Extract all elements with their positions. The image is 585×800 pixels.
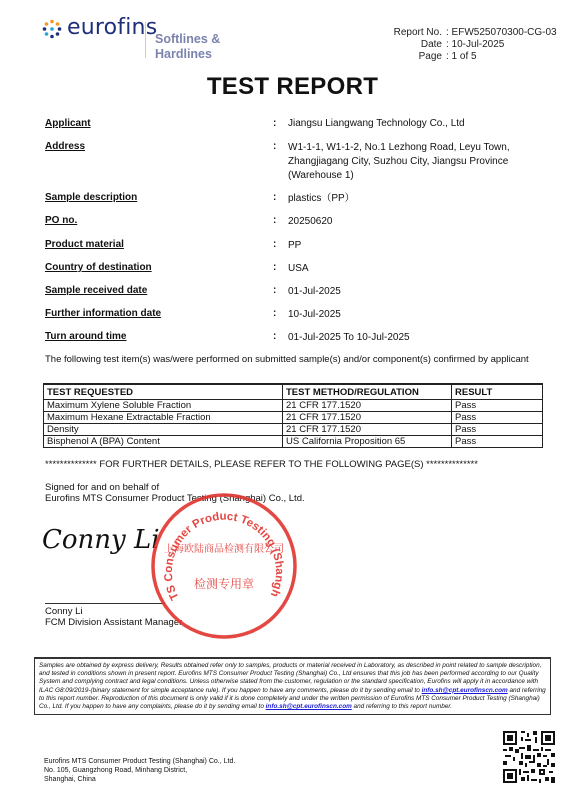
- handwritten-signature: Conny Li: [42, 525, 160, 555]
- column-header-result: RESULT: [452, 384, 543, 400]
- product-material-label: Product material: [45, 239, 124, 250]
- test-method: 21 CFR 177.1520: [283, 400, 452, 412]
- po-no-label: PO no.: [45, 215, 77, 226]
- contact-email-link[interactable]: info.sh@cpt.eurofinscn.com: [422, 687, 508, 694]
- date-value: : 10-Jul-2025: [446, 39, 557, 51]
- test-method: US California Proposition 65: [283, 436, 452, 448]
- report-meta-values: : EFW525070300-CG-03 : 10-Jul-2025 : 1 o…: [446, 27, 557, 63]
- stamp-center-text: 检测专用章: [194, 576, 254, 591]
- column-header-test-requested: TEST REQUESTED: [44, 384, 283, 400]
- po-no-value: 20250620: [288, 215, 333, 229]
- test-name: Bisphenol A (BPA) Content: [44, 436, 283, 448]
- colon: :: [273, 262, 276, 273]
- signature-line: [45, 603, 165, 604]
- report-no-label: Report No.: [380, 27, 442, 39]
- stamp-inner-text: 上海欧陆商品检测有限公司: [164, 542, 284, 555]
- country-of-destination-label: Country of destination: [45, 262, 152, 273]
- test-items-intro: The following test item(s) was/were perf…: [45, 354, 529, 365]
- test-name: Maximum Hexane Extractable Fraction: [44, 412, 283, 424]
- qr-code-icon[interactable]: [503, 731, 555, 783]
- address-value: W1-1-1, W1-1-2, No.1 Lezhong Road, Leyu …: [288, 141, 510, 183]
- company-seal-stamp: Eurofins MTS Consumer Product Testing (S…: [150, 492, 298, 640]
- table-row: Maximum Hexane Extractable Fraction 21 C…: [44, 412, 543, 424]
- colon: :: [273, 192, 276, 203]
- disclaimer-box: Samples are obtained by express delivery…: [34, 657, 551, 715]
- page-label: Page: [380, 51, 442, 63]
- sample-received-date-label: Sample received date: [45, 285, 147, 296]
- address-line-2: Zhangjiagang City, Suzhou City, Jiangsu …: [288, 155, 510, 169]
- footer-company: Eurofins MTS Consumer Product Testing (S…: [44, 757, 235, 766]
- colon: :: [273, 285, 276, 296]
- test-name: Density: [44, 424, 283, 436]
- further-information-date-value: 10-Jul-2025: [288, 308, 341, 322]
- date-label: Date: [380, 39, 442, 51]
- product-material-value: PP: [288, 239, 301, 253]
- table-row: Bisphenol A (BPA) Content US California …: [44, 436, 543, 448]
- page-value: : 1 of 5: [446, 51, 557, 63]
- sample-description-label: Sample description: [45, 192, 137, 203]
- footer-city: Shanghai, China: [44, 775, 235, 784]
- footer-street: No. 105, Guangzhong Road, Minhang Distri…: [44, 766, 235, 775]
- table-row: Maximum Xylene Soluble Fraction 21 CFR 1…: [44, 400, 543, 412]
- colon: :: [273, 239, 276, 250]
- test-results-table: TEST REQUESTED TEST METHOD/REGULATION RE…: [43, 383, 543, 448]
- colon: :: [273, 118, 276, 129]
- test-result: Pass: [452, 424, 543, 436]
- sample-description-value: plastics（PP）: [288, 192, 355, 206]
- footer-address: Eurofins MTS Consumer Product Testing (S…: [44, 757, 235, 784]
- test-result: Pass: [452, 400, 543, 412]
- further-details-note: ************** FOR FURTHER DETAILS, PLEA…: [45, 459, 478, 470]
- sample-received-date-value: 01-Jul-2025: [288, 285, 341, 299]
- disclaimer-text-3: and referring to this report number.: [352, 703, 452, 710]
- complaints-email-link[interactable]: info.sh@cpt.eurofinscn.com: [266, 703, 352, 710]
- test-name: Maximum Xylene Soluble Fraction: [44, 400, 283, 412]
- logo-divider: [145, 22, 146, 58]
- test-result: Pass: [452, 436, 543, 448]
- colon: :: [273, 331, 276, 342]
- division-name: Softlines & Hardlines: [155, 32, 220, 62]
- address-label: Address: [45, 141, 85, 152]
- colon: :: [273, 308, 276, 319]
- division-line-1: Softlines &: [155, 32, 220, 47]
- table-row: Density 21 CFR 177.1520 Pass: [44, 424, 543, 436]
- test-result: Pass: [452, 412, 543, 424]
- division-line-2: Hardlines: [155, 47, 220, 62]
- page-title: TEST REPORT: [0, 73, 585, 101]
- test-method: 21 CFR 177.1520: [283, 412, 452, 424]
- eurofins-logo-icon: [42, 19, 62, 39]
- further-information-date-label: Further information date: [45, 308, 161, 319]
- brand-logo-text: eurofins: [67, 15, 157, 40]
- address-line-1: W1-1-1, W1-1-2, No.1 Lezhong Road, Leyu …: [288, 141, 510, 155]
- report-no-value: : EFW525070300-CG-03: [446, 27, 557, 39]
- column-header-test-method: TEST METHOD/REGULATION: [283, 384, 452, 400]
- turn-around-time-value: 01-Jul-2025 To 10-Jul-2025: [288, 331, 410, 345]
- report-meta-labels: Report No. Date Page: [380, 27, 442, 63]
- colon: :: [273, 141, 276, 152]
- country-of-destination-value: USA: [288, 262, 309, 276]
- test-method: 21 CFR 177.1520: [283, 424, 452, 436]
- colon: :: [273, 215, 276, 226]
- turn-around-time-label: Turn around time: [45, 331, 126, 342]
- applicant-label: Applicant: [45, 118, 91, 129]
- address-line-3: (Warehouse 1): [288, 169, 510, 183]
- applicant-value: Jiangsu Liangwang Technology Co., Ltd: [288, 117, 465, 131]
- table-header-row: TEST REQUESTED TEST METHOD/REGULATION RE…: [44, 384, 543, 400]
